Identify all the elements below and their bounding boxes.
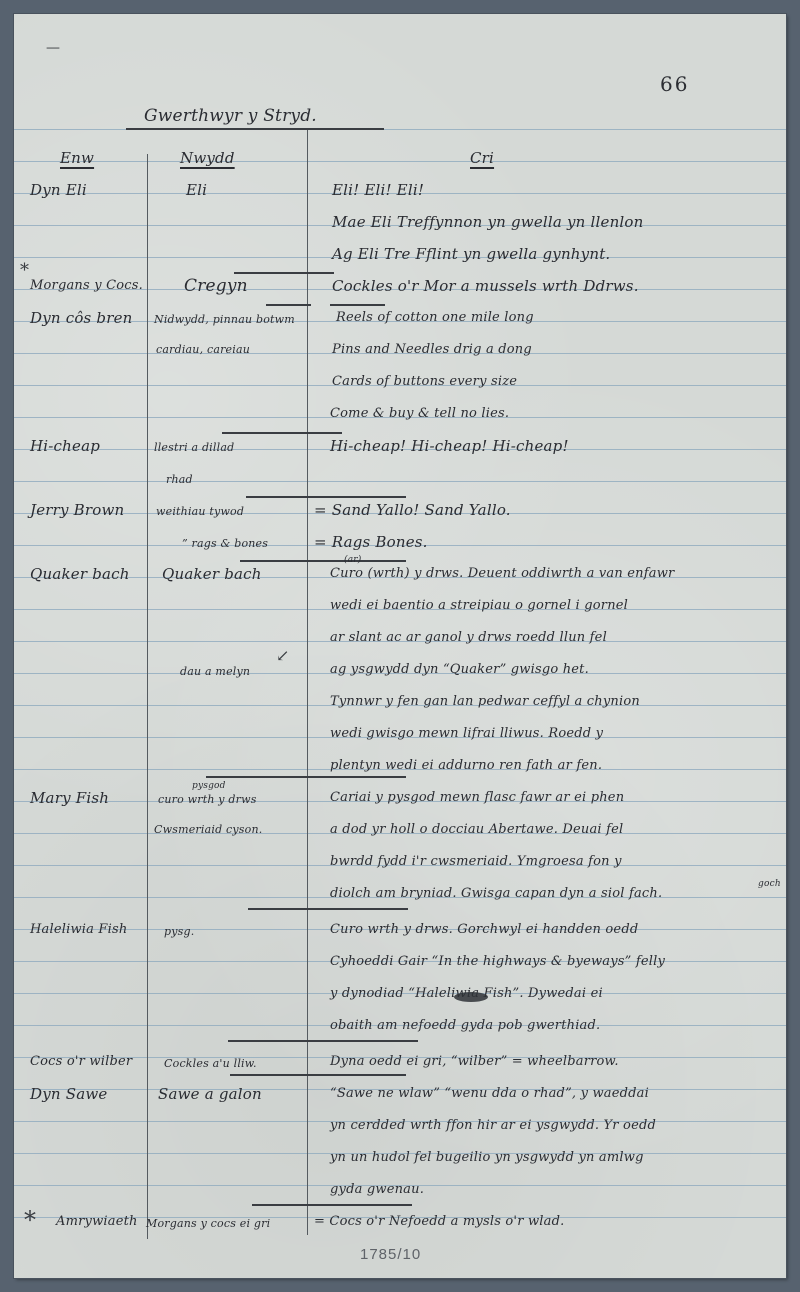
row-cry-line: wedi gwisgo mewn lifrai lliwus. Roedd y: [330, 724, 603, 744]
row-name: Jerry Brown: [30, 500, 124, 520]
row-goods: cardiau, careiau: [156, 340, 250, 360]
row-goods: weithiau tywod: [156, 502, 244, 522]
row-cry-line: yn cerdded wrth ffon hir ar ei ysgwydd. …: [330, 1116, 656, 1136]
row-goods: Cockles a'u lliw.: [164, 1054, 257, 1074]
row-cry-line: Pins and Needles drig a dong: [332, 340, 532, 360]
row-goods: pysg.: [164, 922, 194, 942]
row-cry-line: Curo (wrth) y drws. Deuent oddiwrth a va…: [330, 564, 674, 584]
column-header-cry: Cri: [470, 148, 494, 168]
row-cry-line: yn un hudol fel bugeilio yn ysgwydd yn a…: [330, 1148, 644, 1168]
column-divider-1: [147, 154, 148, 1239]
asterisk-marker: *: [20, 260, 29, 281]
crossed-out-word: [454, 992, 488, 1002]
row-name: Morgans y Cocs.: [30, 276, 143, 296]
row-name: Dyn Sawe: [30, 1084, 107, 1104]
manuscript-page: — 66 Gwerthwyr y Stryd. Enw Nwydd Cri Dy…: [14, 14, 786, 1278]
row-goods: Eli: [186, 180, 207, 200]
footnote-goods: Morgans y cocs ei gri: [146, 1214, 270, 1234]
asterisk-marker: *: [24, 1206, 36, 1234]
row-cry-line: Reels of cotton one mile long: [336, 308, 534, 328]
row-name: Dyn Eli: [30, 180, 87, 200]
row-name: Hi-cheap: [30, 436, 100, 456]
row-cry-line: gyda gwenau.: [330, 1180, 424, 1200]
row-cry-line: obaith am nefoedd gyda pob gwerthiad.: [330, 1016, 600, 1036]
row-cry-line: Cariai y pysgod mewn flasc fawr ar ei ph…: [330, 788, 624, 808]
row-goods: rhad: [166, 470, 193, 490]
row-name: Dyn côs bren: [30, 308, 133, 328]
row-cry-line: Cards of buttons every size: [332, 372, 517, 392]
row-goods: Cwsmeriaid cyson.: [154, 820, 262, 840]
margin-mark: —: [46, 40, 60, 56]
row-cry-line: plentyn wedi ei addurno ren fath ar fen.: [330, 756, 602, 776]
page-title: Gwerthwyr y Stryd.: [144, 106, 317, 126]
column-divider-2: [307, 130, 308, 1235]
row-cry-line: Come & buy & tell no lies.: [330, 404, 509, 424]
row-goods: Quaker bach: [162, 564, 262, 584]
row-cry-line: “Sawe ne wlaw” “wenu dda o rhad”, y waed…: [330, 1084, 649, 1104]
row-cry-line: a dod yr holl o docciau Abertawe. Deuai …: [330, 820, 623, 840]
row-cry-line: Ag Eli Tre Fflint yn gwella gynhynt.: [332, 244, 610, 264]
page-number: 66: [660, 72, 689, 96]
row-cry-line: Dyna oedd ei gri, “wilber” = wheelbarrow…: [330, 1052, 619, 1072]
row-name: Haleliwia Fish: [30, 920, 127, 940]
row-cry-line: = Rags Bones.: [314, 532, 428, 552]
row-goods: Nidwydd, pinnau botwm: [154, 310, 295, 330]
row-cry-line: bwrdd fydd i'r cwsmeriaid. Ymgroesa fon …: [330, 852, 622, 872]
row-goods-note: dau a melyn: [180, 662, 250, 682]
row-cry-line: Tynnwr y fen gan lan pedwar ceffyl a chy…: [330, 692, 640, 712]
archive-reference: 1785/10: [360, 1246, 421, 1263]
row-cry-line: Cockles o'r Mor a mussels wrth Ddrws.: [332, 276, 639, 296]
row-name: Mary Fish: [30, 788, 109, 808]
column-header-name: Enw: [60, 148, 94, 168]
row-cry-line: Eli! Eli! Eli!: [332, 180, 424, 200]
row-cry-line: Cyhoeddi Gair “In the highways & byeways…: [330, 952, 665, 972]
row-cry-line: ag ysgwydd dyn “Quaker” gwisgo het.: [330, 660, 589, 680]
arrow-icon: ↙: [276, 646, 289, 665]
column-header-goods: Nwydd: [180, 148, 235, 168]
footnote-cry: = Cocs o'r Nefoedd a mysls o'r wlad.: [314, 1212, 564, 1232]
row-goods: ” rags & bones: [182, 534, 268, 554]
row-cry-line: diolch am bryniad. Gwisga capan dyn a si…: [330, 884, 662, 904]
row-goods: Sawe a galon: [158, 1084, 262, 1104]
row-goods: Cregyn: [184, 276, 248, 296]
row-cry-line: = Sand Yallo! Sand Yallo.: [314, 500, 511, 520]
row-name: Cocs o'r wilber: [30, 1052, 132, 1072]
row-goods: curo wrth y drws: [158, 790, 257, 810]
row-cry-line: Hi-cheap! Hi-cheap! Hi-cheap!: [330, 436, 569, 456]
row-cry-line: ar slant ac ar ganol y drws roedd llun f…: [330, 628, 607, 648]
row-goods: llestri a dillad: [154, 438, 234, 458]
row-cry-annotation: goch: [758, 874, 781, 894]
row-cry-line: wedi ei baentio a streipiau o gornel i g…: [330, 596, 628, 616]
row-cry-line: Curo wrth y drws. Gorchwyl ei handden oe…: [330, 920, 638, 940]
footnote-name: Amrywiaeth: [56, 1212, 138, 1232]
row-cry-line: Mae Eli Treffynnon yn gwella yn llenlon: [332, 212, 644, 232]
row-name: Quaker bach: [30, 564, 130, 584]
